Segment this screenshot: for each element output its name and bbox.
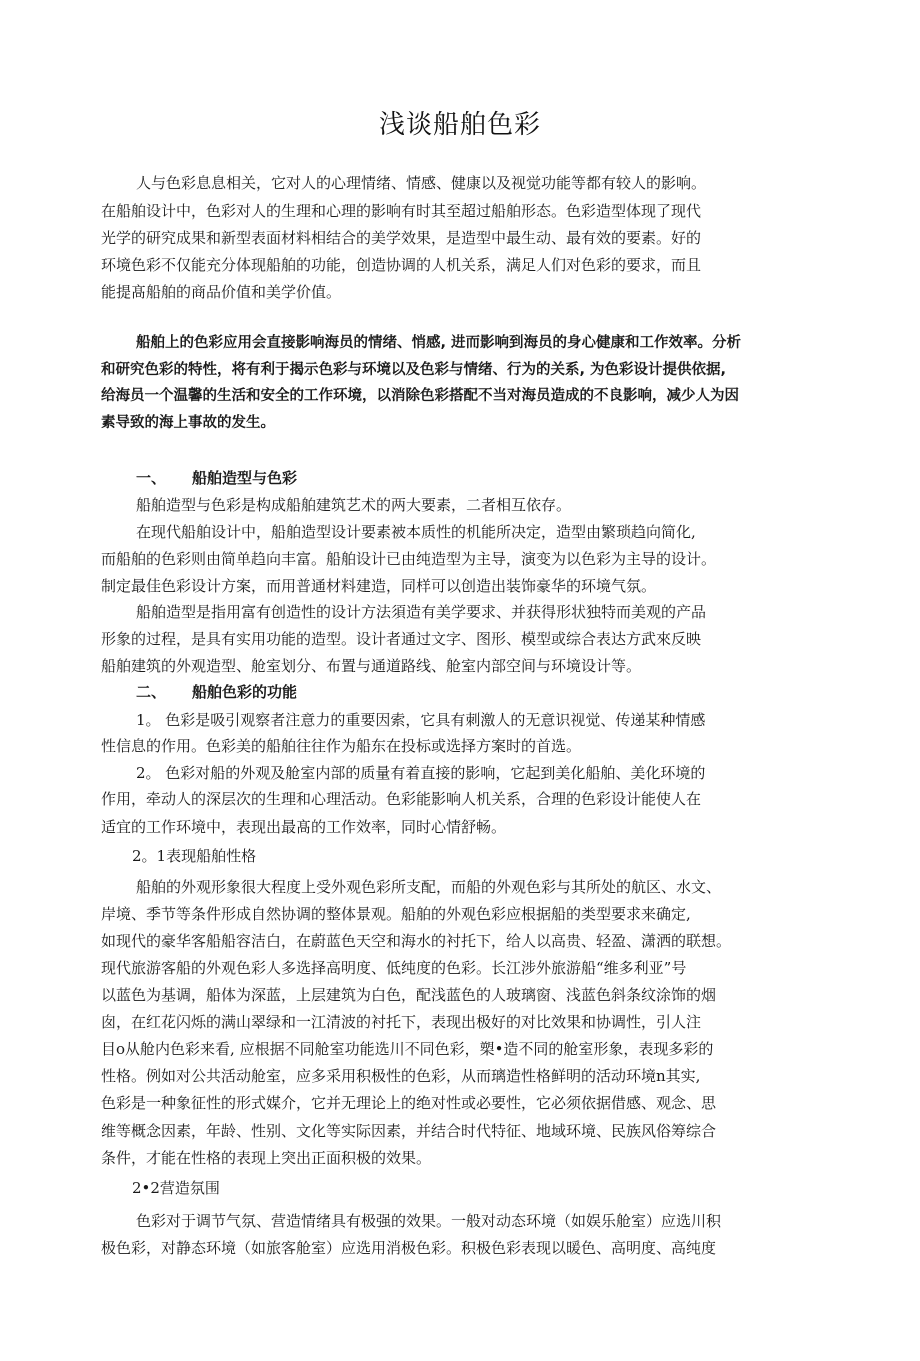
section-title: 船舶色彩的功能	[192, 683, 297, 701]
body-line: 条件，才能在性格的表现上突出正面积极的效果。	[101, 1148, 431, 1168]
intro-line: 光学的研究成果和新型表面材料相结合的美学效果，是造型中最生动、最有效的要素。好的	[101, 228, 701, 248]
intro-line: 环境色彩不仅能充分体现船舶的功能，创造协调的人机关系，满足人们对色彩的要求，而且	[101, 255, 701, 275]
section-heading: 一、船舶造型与色彩	[136, 468, 297, 488]
body-line: 如现代的豪华客船船容洁白，在蔚蓝色天空和海水的衬托下，给人以高贵、轻盈、潇洒的联…	[101, 931, 731, 951]
section-title: 船舶造型与色彩	[192, 469, 297, 487]
body-line: 色彩对于调节气氛、营造情绪具有极强的效果。一般对动态环境（如娱乐舱室）应选川积	[136, 1211, 721, 1231]
body-line: 现代旅游客船的外观色彩人多选择高明度、低纯度的色彩。长江涉外旅游船“维多利亚”号	[101, 958, 686, 978]
body-line: 适宜的工作环境中，表现出最髙的工作效率，同时心情舒畅。	[101, 817, 506, 837]
body-line: 目o从舱内色彩来看, 应根据不同舱室功能选川不同色彩，槊•造不同的舱室形象，表现…	[101, 1039, 713, 1059]
body-line: 形象的过程，是具有实用功能的造型。设计者通过文字、图形、模型或综合表达方武來反映	[101, 629, 701, 649]
summary-line: 素导致的海上事故的发生。	[101, 413, 275, 433]
section-heading: 二、船舶色彩的功能	[136, 682, 297, 702]
body-line: 以蓝色为基调，船体为深蓝，上层建筑为白色，配浅蓝色的人玻璃窗、浅蓝色斜条纹涂饰的…	[101, 985, 716, 1005]
body-line: 1。 色彩是吸引观察者注意力的重要因索，它具有刺激人的无意识视觉、传递某种情感	[136, 710, 705, 730]
summary-line: 和研究色彩的特性，将有利于揭示色彩与环境以及色彩与情绪、行为的关系, 为色彩设计…	[101, 360, 726, 380]
body-line: 船舶造型是指用富有创造性的设计方法須造有美学要求、并获得形状独特而美观的产品	[136, 602, 706, 622]
summary-line: 给海员一个温馨的生活和安全的工作环境，以消除色彩搭配不当对海员造成的不良影响，减…	[101, 386, 739, 406]
body-line: 船舶造型与色彩是构成船舶建筑艺术的两大要素，二者相互依存。	[136, 495, 571, 515]
section-number: 一、	[136, 468, 192, 488]
section-number: 二、	[136, 682, 192, 702]
intro-line: 在船舶设计中，色彩对人的生理和心理的影响有时其至超过船舶形态。色彩造型体现了现代	[101, 201, 701, 221]
document-title: 浅谈船舶色彩	[0, 104, 920, 141]
body-line: 船舶建筑的外观造型、舱室划分、布置与通道路线、舱室内部空间与环境设计等。	[101, 656, 641, 676]
body-line: 极色彩，对静态环境（如旅客舱室）应选用消极色彩。积极色彩表现以暖色、高明度、高纯…	[101, 1238, 716, 1258]
body-line: 而船舶的色彩则由简单趋向丰富。船舶设计已由纯造型为主导，演变为以色彩为主导的设计…	[101, 549, 716, 569]
body-line: 作用，牵动人的深层次的生理和心理活动。色彩能影响人机关系，合理的色彩设计能使人在	[101, 789, 701, 809]
summary-line: 船舶上的色彩应用会直接影响海员的情绪、悄感, 进而影响到海员的身心健康和工作效率…	[136, 333, 741, 353]
body-line: 船舶的外观形象很大程度上受外观色彩所支配，而船的外观色彩与其所处的航区、水文、	[136, 877, 721, 897]
body-line: 在现代船舶设计中，船舶造型设计要素被本质性的机能所决定，造型由繁琐趋向简化,	[136, 522, 696, 542]
body-line: 囱，在红花闪烁的满山翠绿和一江清波的衬托下，表现出极好的对比效果和协调性，引人注	[101, 1012, 701, 1032]
body-line: 岸境、季节等条件形成自然协调的整体景观。船舶的外观色彩应根据船的类型要求来确定,	[101, 904, 691, 924]
body-line: 色彩是一种象征性的形式媒介，它并无理论上的绝对性或必要性，它必须依据借感、观念、…	[101, 1093, 716, 1113]
body-line: 制定最佳色彩设计方案，而用普通材料建造，同样可以创造出装饰豪华的环境气氛。	[101, 576, 656, 596]
document-page: 浅谈船舶色彩 人与色彩息息相关，它对人的心理情绪、情感、健康以及视觉功能等都有较…	[0, 0, 920, 1361]
subsection-heading: 2•2营造氛围	[132, 1178, 220, 1198]
intro-line: 人与色彩息息相关，它对人的心理情绪、情感、健康以及视觉功能等都有较人的影响。	[136, 173, 706, 193]
body-line: 性格。例如对公共活动舱室，应多采用积极性的色彩，从而璃造性格鲜明的活动环境n其实…	[101, 1066, 700, 1086]
intro-line: 能提髙船舶的商品价值和美学价值。	[101, 282, 341, 302]
subsection-heading: 2。1表现船舶性格	[132, 846, 256, 866]
body-line: 维等概念因素，年龄、性别、文化等实际因素，并结合时代特征、地域环境、民族风俗筹综…	[101, 1121, 716, 1141]
body-line: 2。 色彩对船的外观及舱室内部的质量有着直接的影响，它起到美化船舶、美化环境的	[136, 763, 705, 783]
body-line: 性信息的作用。色彩美的船舶往往作为船东在投标或选择方案时的首选。	[101, 736, 581, 756]
